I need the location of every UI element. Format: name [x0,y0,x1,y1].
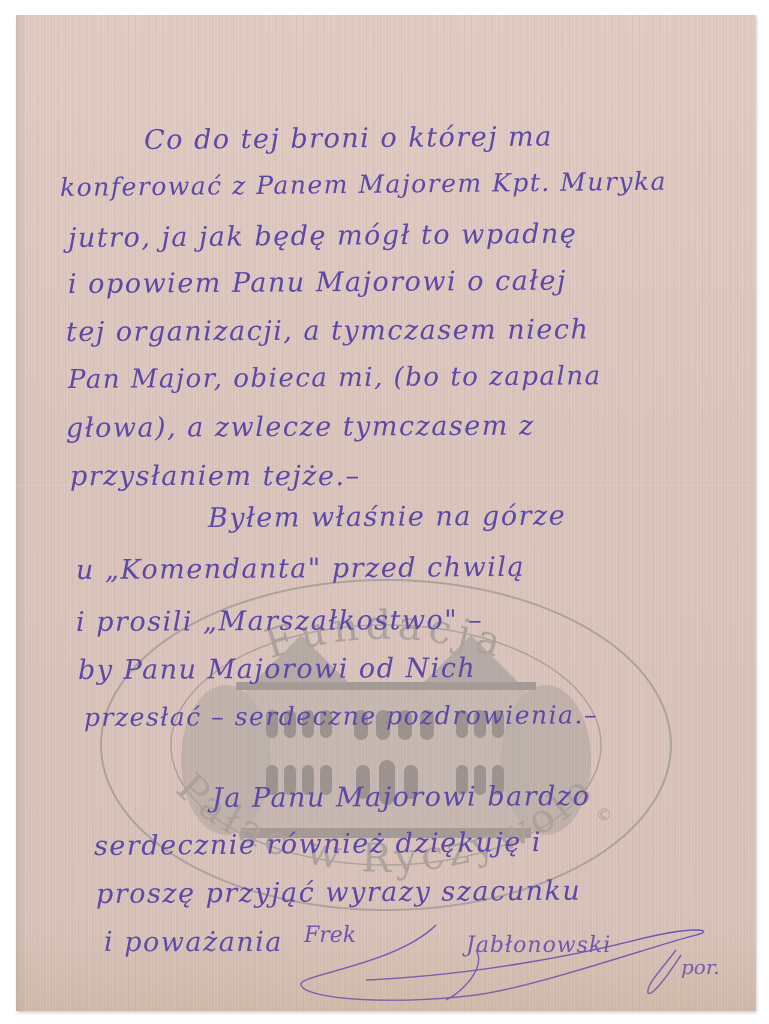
letter-line: przesłać – serdeczne pozdrowienia.– [84,700,598,732]
letter-line: Co do tej broni o której ma [144,121,553,156]
letter-line: Byłem właśnie na górze [208,501,566,534]
letter-line: i prosili „Marszałkostwo" – [76,605,483,638]
letter-line: Pan Major, obieca mi, (bo to zapalna [68,361,602,395]
letter-line: Ja Panu Majorowi bardzo [212,781,590,814]
signature-surname: Jabłonowski [466,933,611,958]
letter-line: tej organizacji, a tymczasem niech [66,314,589,348]
letter-line: przysłaniem tejże.– [70,461,361,492]
letter-line: głowa), a zwlecze tymczasem z [66,411,535,444]
signature-rank: por. [681,955,720,979]
signature-flourish [276,905,746,1015]
letter-line: konferować z Panem Majorem Kpt. Muryka [60,167,667,202]
letter-line: i poważania [104,927,283,958]
letter-line: i opowiem Panu Majorowi o całej [68,266,567,300]
letter-page: Fundacja Pałac w Ryczywole © Co do tej b… [16,15,756,1011]
letter-line: serdecznie również dziękuję i [94,827,542,862]
page-edge-shadow [16,15,26,1011]
letter-line: by Panu Majorowi od Nich [78,653,476,686]
copyright-icon: © [596,805,612,824]
letter-line: u „Komendanta" przed chwilą [76,552,525,586]
letter-line: jutro, ja jak będę mógł to wpadnę [68,219,578,254]
signature-first-name: Frek [304,923,356,948]
